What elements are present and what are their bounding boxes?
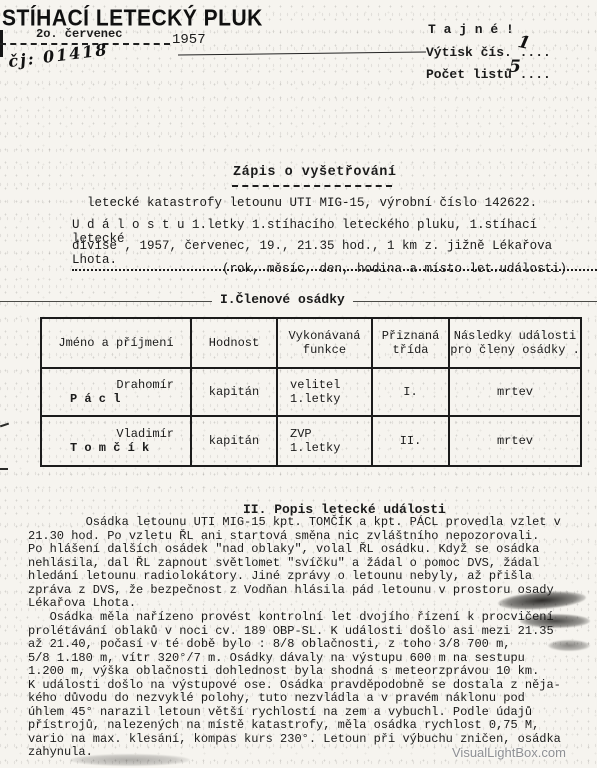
- crew-row-1-name: Drahomír P á c l: [42, 369, 192, 417]
- crew-row-1-class: I.: [373, 369, 450, 417]
- sheet-count-value-handwriting: 5: [509, 57, 521, 77]
- first-name: Vladimír: [42, 427, 190, 441]
- margin-tick: [0, 423, 9, 428]
- crew-row-2-function: ZVP 1.letky: [278, 417, 373, 465]
- document-title: Zápis o vyšetřování: [233, 165, 396, 180]
- header-rule: [178, 51, 426, 55]
- subject-line-1: letecké katastrofy letounu UTI MIG-15, v…: [87, 196, 537, 210]
- crew-row-1-rank: kapitán: [192, 369, 278, 417]
- crew-table: Jméno a příjmení Hodnost Vykonávaná funk…: [40, 317, 582, 467]
- table-header-outcome: Následky události pro členy osádky .: [450, 319, 580, 369]
- date-line: 2o. červenec: [36, 27, 122, 41]
- crew-row-1-outcome: mrtev: [450, 369, 580, 417]
- table-header-rank: Hodnost: [192, 319, 278, 369]
- ink-smudge: [70, 754, 190, 766]
- scanned-document-page: { "header": { "unit_stamp": "STÍHACÍ LET…: [0, 0, 597, 768]
- secrecy-marking: T a j n é !: [428, 22, 514, 37]
- margin-tick: [0, 468, 8, 470]
- table-header-class: Přiznaná třída: [373, 319, 450, 369]
- ink-smudge: [520, 614, 590, 628]
- year-label: 1957: [172, 32, 206, 48]
- description-paragraph-1: Osádka letounu UTI MIG-15 kpt. TOMČÍK a …: [28, 516, 578, 611]
- first-name: Drahomír: [42, 378, 190, 392]
- table-header-name: Jméno a příjmení: [42, 319, 192, 369]
- crew-row-1-function: velitel 1.letky: [278, 369, 373, 417]
- copy-number-label: Výtisk čís. ....: [426, 45, 551, 60]
- watermark: VisualLightBox.com: [452, 745, 566, 760]
- crew-row-2-name: Vladimír T o m č í k: [42, 417, 192, 465]
- crew-row-2-outcome: mrtev: [450, 417, 580, 465]
- section1-heading: I.Členové osádky: [212, 292, 353, 307]
- sheet-count-label: Počet listů ....: [426, 67, 551, 82]
- surname: P á c l: [42, 392, 190, 406]
- table-header-function: Vykonávaná funkce: [278, 319, 373, 369]
- title-underline: [232, 185, 392, 187]
- surname: T o m č í k: [42, 441, 190, 455]
- ink-smudge: [548, 640, 590, 651]
- crew-row-2-rank: kapitán: [192, 417, 278, 465]
- crew-row-2-class: II.: [373, 417, 450, 465]
- description-paragraph-2: Osádka měla nařízeno provést kontrolní l…: [28, 611, 578, 760]
- subject-note: (rok, měsíc, den, hodina a místo let.udá…: [222, 262, 567, 276]
